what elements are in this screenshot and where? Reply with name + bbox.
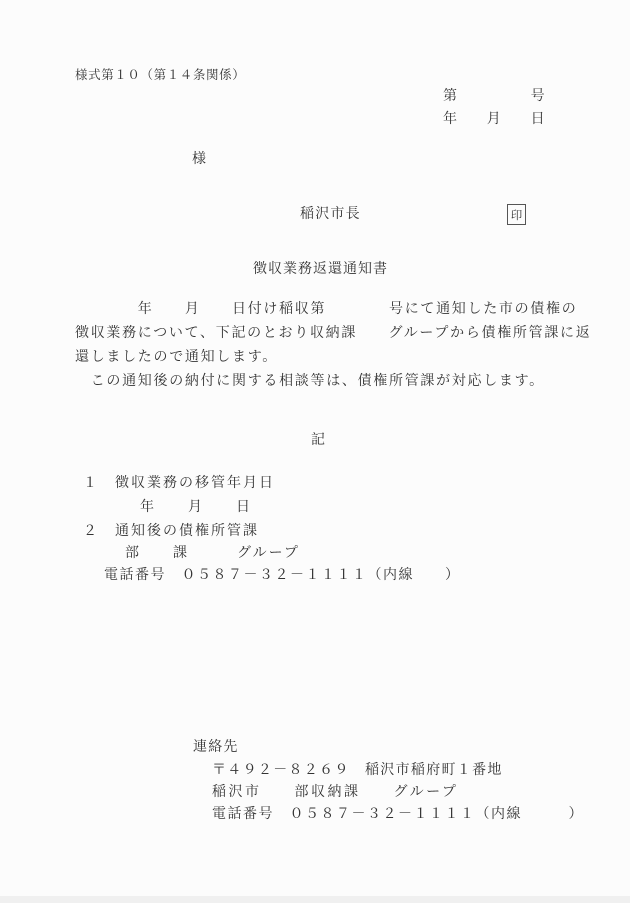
seal-character: 印 xyxy=(511,207,523,223)
contact-heading: 連絡先 xyxy=(193,739,239,755)
contact-department: 稲沢市 部収納課 グループ xyxy=(212,784,458,800)
record-marker: 記 xyxy=(311,432,327,448)
body-line: 還しましたので通知します。 xyxy=(75,349,278,365)
record-item-transfer-date-blank: 年 月 日 xyxy=(140,499,252,515)
form-code: 様式第１０（第１４条関係） xyxy=(75,67,245,83)
record-item-transfer-date-label: １ 徴収業務の移管年月日 xyxy=(83,475,275,491)
sender-name: 稲沢市長 xyxy=(300,206,361,222)
addressee-honorific: 様 xyxy=(192,151,208,167)
seal-mark: 印 xyxy=(507,204,526,225)
body-line: 年 月 日付け稲収第 号にて通知した市の債権の xyxy=(75,301,577,317)
body-line: この通知後の納付に関する相談等は、債権所管課が対応します。 xyxy=(75,373,545,389)
record-item-phone-number: 電話番号 ０５８７－３２－１１１１（内線 ） xyxy=(104,567,461,583)
contact-address: 〒４９２－８２６９ 稲沢市稲府町１番地 xyxy=(212,762,503,778)
document-date-line: 年 月 日 xyxy=(443,111,545,127)
document-page: 様式第１０（第１４条関係） 第 号 年 月 日 様 稲沢市長 印 徴収業務返還通… xyxy=(0,0,630,903)
record-item-managing-section-blank: 部 課 グループ xyxy=(125,545,300,561)
body-line: 徴収業務について、下記のとおり収納課 グループから債権所管課に返 xyxy=(75,325,591,341)
record-item-managing-section-label: ２ 通知後の債権所管課 xyxy=(83,523,259,539)
document-number-line: 第 号 xyxy=(443,88,545,104)
contact-phone-number: 電話番号 ０５８７－３２－１１１１（内線 ） xyxy=(212,806,584,822)
page-bottom-edge xyxy=(0,896,630,903)
document-title: 徴収業務返還通知書 xyxy=(253,261,388,277)
